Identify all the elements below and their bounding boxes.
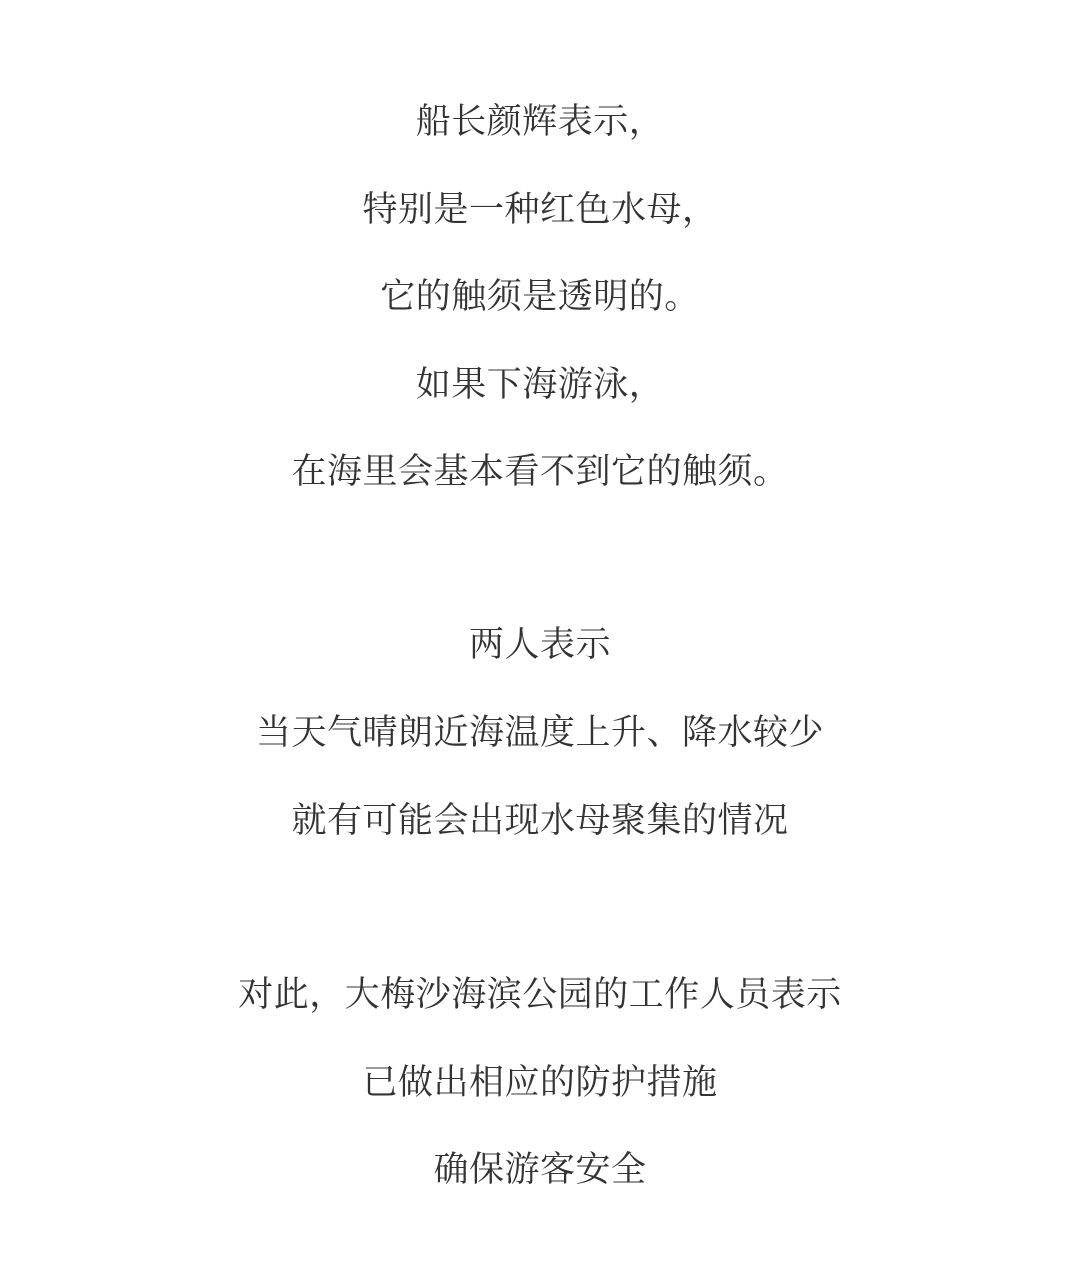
text-line: 就有可能会出现水母聚集的情况 [0, 799, 1080, 843]
text-line: 已做出相应的防护措施 [0, 1061, 1080, 1105]
article-body: 船长颜辉表示， 特别是一种红色水母， 它的触须是透明的。 如果下海游泳， 在海里… [0, 0, 1080, 1288]
text-line: 两人表示 [0, 623, 1080, 667]
text-line: 在海里会基本看不到它的触须。 [0, 450, 1080, 494]
text-line: 如果下海游泳， [0, 363, 1080, 407]
text-line: 当天气晴朗近海温度上升、降水较少 [0, 711, 1080, 755]
text-line: 确保游客安全 [0, 1148, 1080, 1192]
text-line: 船长颜辉表示， [0, 100, 1080, 144]
text-line: 特别是一种红色水母， [0, 188, 1080, 232]
text-line: 它的触须是透明的。 [0, 275, 1080, 319]
text-line: 对此，大梅沙海滨公园的工作人员表示 [0, 973, 1080, 1017]
